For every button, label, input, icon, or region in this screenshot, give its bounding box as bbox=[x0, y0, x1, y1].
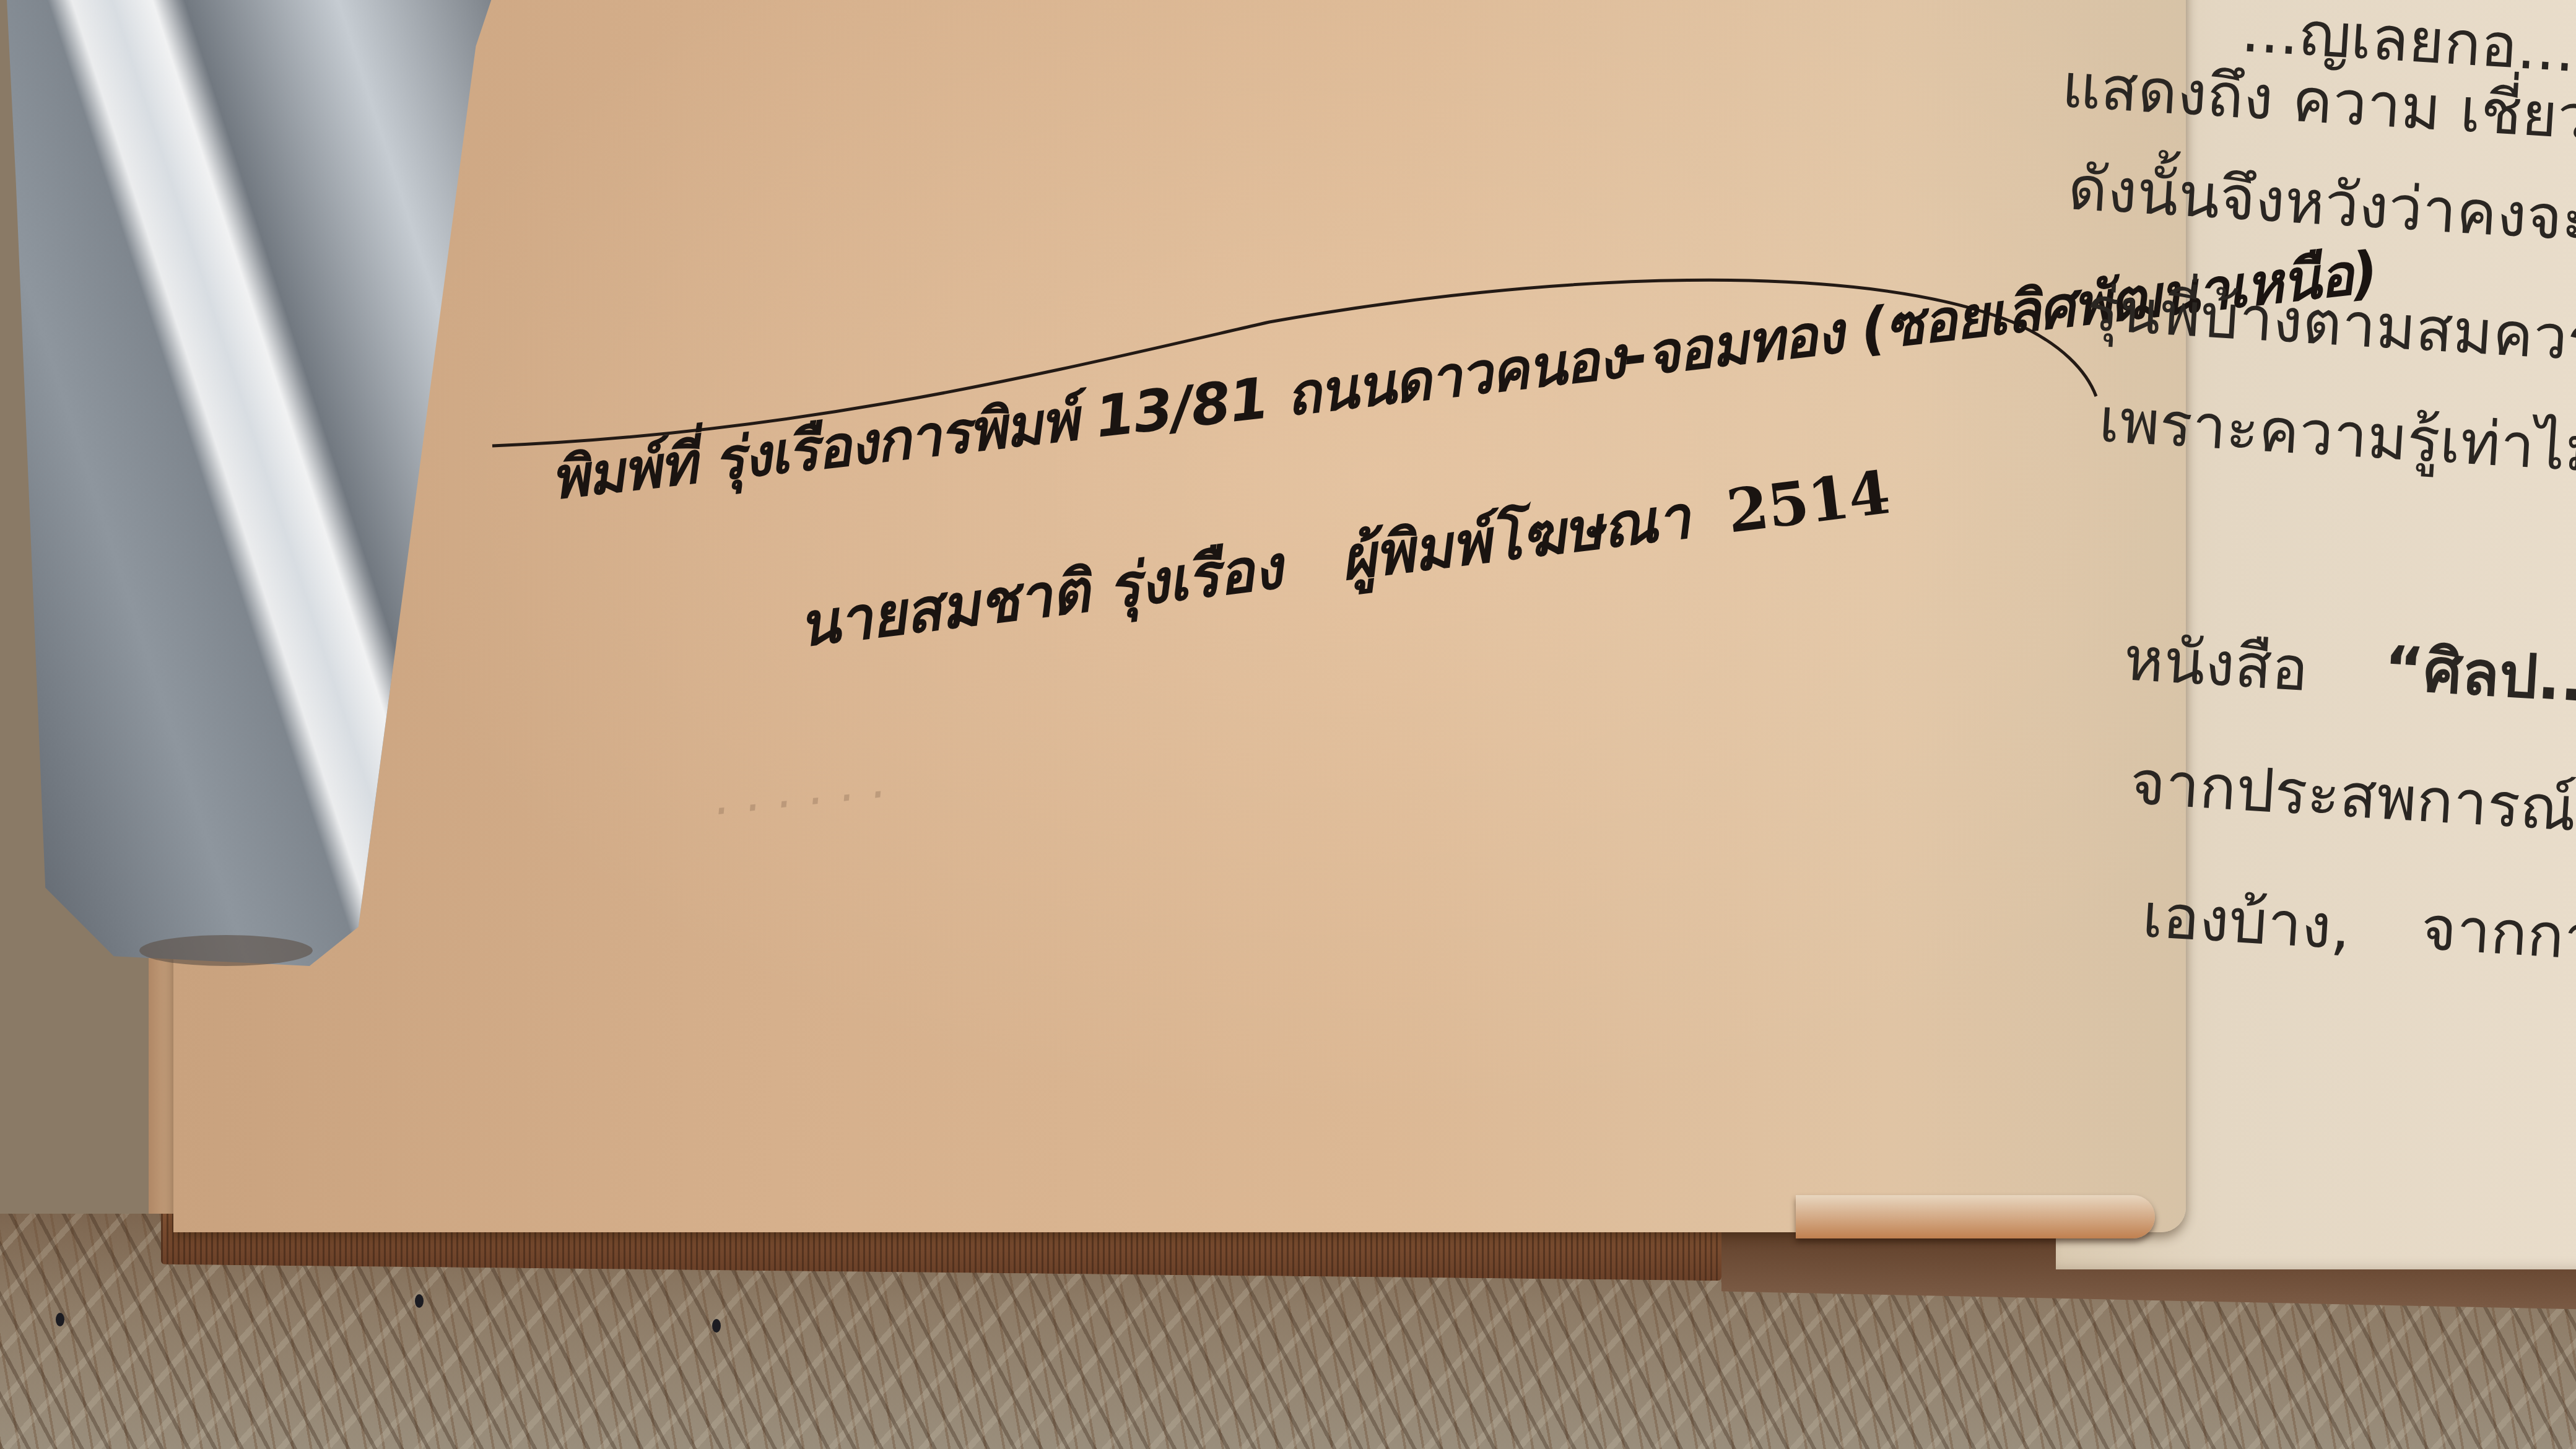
right-page-line: จากกา... bbox=[2418, 879, 2576, 990]
page-curl bbox=[1796, 1195, 2155, 1238]
right-page-line: เองบ้าง, bbox=[2139, 867, 2353, 976]
board-spot bbox=[415, 1294, 424, 1308]
right-page-line: หนังสือ bbox=[2121, 610, 2311, 718]
book-photo: · · · · · · พิมพ์ที่ รุ่งเรืองการพิมพ์ 1… bbox=[0, 0, 2576, 1449]
board-spot bbox=[56, 1313, 64, 1326]
metal-clip-shadow bbox=[139, 935, 313, 966]
colophon-year: 2514 bbox=[1723, 457, 1893, 546]
board-spot bbox=[712, 1319, 721, 1333]
right-page-book-title: “ศิลป... bbox=[2381, 619, 2576, 729]
